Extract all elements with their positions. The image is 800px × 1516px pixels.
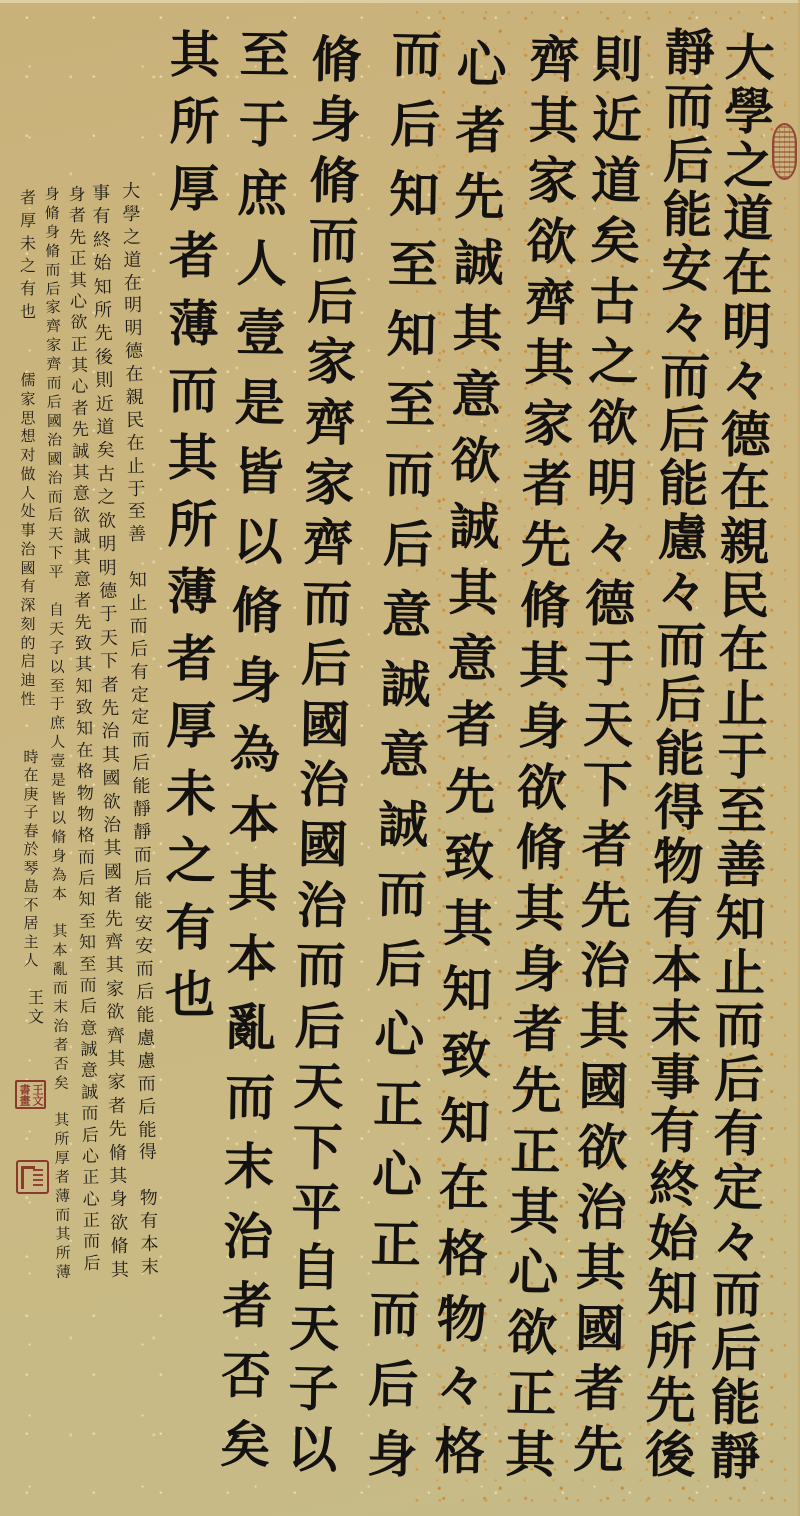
glyph: 誠	[449, 502, 500, 553]
glyph: 明	[586, 458, 637, 509]
glyph: 至	[717, 786, 768, 837]
glyph: 在	[126, 435, 144, 453]
glyph: 其	[170, 30, 220, 80]
glyph: 后	[390, 100, 441, 151]
glyph: 子	[49, 641, 64, 656]
glyph: 而	[80, 978, 97, 995]
glyph: 則	[592, 35, 643, 86]
glyph: 性	[20, 692, 35, 707]
glyph: 民	[719, 571, 770, 622]
glyph: 心	[456, 40, 507, 91]
glyph: 明	[124, 297, 142, 315]
glyph: 后	[80, 999, 97, 1016]
glyph: 本	[229, 794, 280, 845]
glyph: 者	[20, 190, 36, 206]
glyph: 定	[713, 1162, 764, 1213]
glyph: 而	[369, 1289, 420, 1340]
glyph: 于	[238, 99, 289, 150]
glyph: 有	[649, 1106, 700, 1157]
glyph: 否	[221, 1350, 272, 1401]
glyph: 所	[646, 1322, 697, 1373]
glyph: 末	[53, 1000, 68, 1015]
glyph: 近	[591, 95, 642, 146]
glyph: 后	[134, 869, 152, 887]
glyph: 之	[123, 229, 141, 247]
glyph: 道	[723, 194, 774, 245]
glyph: 厚	[169, 164, 219, 214]
glyph: 德	[721, 409, 772, 460]
glyph: 能	[662, 189, 713, 240]
glyph: 后	[663, 135, 714, 186]
glyph: 親	[126, 389, 144, 407]
glyph: 后	[48, 508, 63, 523]
glyph: 知	[94, 278, 112, 296]
glyph: 治	[53, 1019, 68, 1034]
glyph: 者	[74, 593, 91, 610]
glyph: 終	[93, 232, 111, 250]
glyph: 后	[659, 405, 710, 456]
glyph: 家	[304, 457, 355, 508]
glyph: 是	[51, 773, 66, 788]
glyph: 在	[439, 1162, 490, 1213]
glyph: 誠	[378, 799, 429, 850]
glyph: 而	[714, 1001, 765, 1052]
glyph: 于	[584, 639, 635, 690]
glyph: 者	[71, 401, 88, 418]
glyph: 者	[167, 634, 217, 684]
glyph: 后	[307, 276, 358, 327]
glyph: 有	[140, 1213, 158, 1231]
glyph: 治	[103, 817, 121, 835]
glyph: 家	[46, 300, 61, 315]
glyph: 其	[71, 358, 88, 375]
glyph: 后	[294, 1001, 345, 1052]
glyph: 其	[519, 641, 570, 692]
glyph: 道	[123, 252, 141, 270]
glyph: 知	[129, 572, 147, 590]
glyph: 脩	[45, 206, 60, 221]
glyph: 終	[648, 1160, 699, 1211]
glyph: 而	[660, 351, 711, 402]
glyph: 心	[374, 1009, 425, 1060]
glyph: 儒	[20, 373, 35, 388]
glyph: 物	[653, 836, 704, 887]
glyph: 而	[168, 366, 218, 416]
glyph: 本	[227, 933, 278, 984]
glyph: 古	[97, 466, 115, 484]
glyph: 壹	[50, 754, 65, 769]
glyph: 否	[54, 1057, 69, 1072]
glyph: 事	[92, 185, 110, 203]
glyph: 定	[131, 709, 149, 727]
glyph: 明	[124, 320, 142, 338]
glyph: 在	[722, 248, 773, 299]
glyph: 意	[447, 634, 498, 685]
glyph: 之	[166, 836, 216, 886]
glyph: 物	[77, 785, 94, 802]
glyph: 之	[723, 140, 774, 191]
glyph: 之	[97, 489, 115, 507]
glyph: 島	[23, 879, 38, 894]
glyph: 自	[49, 603, 64, 618]
glyph: 其	[75, 657, 92, 674]
glyph: 正	[370, 1219, 421, 1270]
glyph: 欲	[70, 315, 87, 332]
glyph: 格	[438, 1228, 489, 1279]
glyph: 正	[506, 1368, 557, 1419]
glyph: 是	[234, 377, 285, 428]
glyph: 庶	[50, 716, 65, 731]
glyph: 國	[578, 1062, 629, 1113]
glyph: 做	[20, 467, 35, 482]
glyph: 深	[20, 598, 35, 613]
glyph: 而	[295, 941, 346, 992]
glyph: 先	[74, 614, 91, 631]
glyph: 止	[718, 678, 769, 729]
glyph: 事	[20, 523, 35, 538]
glyph: 而	[225, 1072, 276, 1123]
glyph: 靜	[133, 824, 151, 842]
glyph: 后	[82, 1127, 99, 1144]
glyph: 而	[46, 376, 61, 391]
glyph: 有	[20, 281, 36, 297]
glyph	[54, 1094, 69, 1109]
glyph: 定	[131, 686, 149, 704]
glyph: 其	[107, 1051, 125, 1069]
glyph: 欲	[587, 397, 638, 448]
glyph: 欲	[73, 507, 90, 524]
glyph: 下	[48, 546, 63, 561]
commentary-column: 儒家思想对做人处事治國有深刻的启迪性	[17, 373, 39, 707]
glyph: 治	[101, 723, 119, 741]
glyph: 至	[79, 914, 96, 931]
glyph: 治	[576, 1183, 627, 1234]
glyph: 迪	[20, 673, 35, 688]
glyph: 有	[652, 890, 703, 941]
glyph: 道	[591, 155, 642, 206]
glyph: 先	[521, 520, 572, 571]
glyph: 者	[574, 1364, 625, 1415]
glyph: 致	[75, 636, 92, 653]
glyph: 靜	[710, 1431, 761, 1482]
glyph: 々	[657, 567, 708, 618]
glyph: 厚	[20, 213, 36, 229]
glyph: 意	[80, 1020, 97, 1037]
glyph: 家	[527, 156, 578, 207]
glyph: 于	[717, 732, 768, 783]
glyph: 安	[661, 243, 712, 294]
glyph: 人	[50, 735, 65, 750]
glyph: 在	[125, 366, 143, 384]
glyph: 于	[50, 697, 65, 712]
glyph: 在	[124, 274, 142, 292]
glyph: 启	[20, 654, 35, 669]
calligraphy-scroll: 大學之道在明々德在親民在止于至善知止而后有定々而后能靜 靜而后能安々而后能慮々而…	[0, 0, 800, 1516]
glyph: 得	[654, 782, 705, 833]
glyph: 始	[93, 255, 111, 273]
glyph: 古	[589, 276, 640, 327]
glyph: 脩	[520, 580, 571, 631]
glyph: 者	[69, 208, 86, 225]
glyph: 德	[125, 343, 143, 361]
glyph: 而	[376, 869, 427, 920]
glyph: 身	[69, 187, 86, 204]
glyph: 而	[132, 732, 150, 750]
glyph: 至	[239, 30, 290, 81]
glyph: 誠	[380, 659, 431, 710]
glyph: 本	[140, 1236, 158, 1254]
glyph: 其	[168, 433, 218, 483]
glyph: 脩	[110, 1238, 128, 1256]
glyph: 先	[445, 766, 496, 817]
oval-leisure-seal-icon	[772, 123, 797, 180]
glyph: 靜	[133, 801, 151, 819]
glyph: 末	[651, 998, 702, 1049]
glyph: 天	[583, 699, 634, 750]
glyph: 家	[523, 398, 574, 449]
glyph: 欲	[103, 793, 121, 811]
glyph: 下	[292, 1122, 343, 1173]
glyph: 也	[165, 970, 215, 1020]
glyph: 家	[106, 981, 124, 999]
glyph: 近	[96, 395, 114, 413]
glyph: 其	[54, 1113, 69, 1128]
glyph: 道	[96, 419, 114, 437]
glyph: 先	[101, 700, 119, 718]
glyph: 身	[310, 95, 361, 146]
glyph: 致	[76, 700, 93, 717]
glyph: 皆	[51, 792, 66, 807]
glyph: 心	[82, 1149, 99, 1166]
glyph: 后	[136, 984, 154, 1002]
glyph: 齊	[46, 319, 61, 334]
glyph: 至	[385, 380, 436, 431]
glyph: 明	[722, 302, 773, 353]
glyph: 止	[715, 947, 766, 998]
glyph: 家	[108, 1074, 126, 1092]
glyph: 先	[645, 1376, 696, 1427]
glyph: 始	[648, 1214, 699, 1265]
glyph: 能	[658, 459, 709, 510]
dated-inscription: 時在庚子春於琴島不居主人	[20, 750, 42, 968]
glyph: 能	[710, 1378, 761, 1429]
glyph: 者	[222, 1281, 273, 1332]
glyph: 正	[83, 1213, 100, 1230]
glyph: 有	[20, 579, 35, 594]
glyph: 而	[83, 1234, 100, 1251]
glyph: 國	[575, 1303, 626, 1354]
glyph: 后	[655, 675, 706, 726]
glyph: 於	[23, 842, 38, 857]
glyph: 有	[713, 1109, 764, 1160]
glyph: 以	[287, 1424, 338, 1475]
glyph: 下	[100, 653, 118, 671]
glyph: 薄	[168, 298, 218, 348]
glyph: 欲	[507, 1308, 558, 1359]
glyph: 者	[446, 700, 497, 751]
glyph: 止	[127, 457, 145, 475]
glyph: 治	[580, 941, 631, 992]
glyph: 矣	[96, 442, 114, 460]
glyph: 先	[72, 422, 89, 439]
glyph: 欲	[526, 216, 577, 267]
glyph: 所	[94, 302, 112, 320]
glyph: 欲	[106, 1004, 124, 1022]
glyph: 天	[100, 629, 118, 647]
cursive-column-9: 其所厚者薄而其所薄者厚未之有也	[158, 30, 227, 1020]
glyph: 德	[585, 578, 636, 629]
glyph: 处	[20, 504, 35, 519]
glyph: 王	[28, 990, 44, 1006]
glyph: 脩	[51, 830, 66, 845]
glyph: 々	[435, 1360, 486, 1411]
glyph: 者	[522, 459, 573, 510]
glyph: 所	[167, 500, 217, 550]
glyph: 者	[455, 106, 506, 157]
glyph: 于	[127, 480, 145, 498]
glyph: 慮	[137, 1030, 155, 1048]
glyph: 國	[47, 414, 62, 429]
glyph: 有	[165, 903, 215, 953]
glyph: 后	[301, 639, 352, 690]
glyph: 本	[52, 886, 67, 901]
glyph: 身	[367, 1429, 418, 1480]
glyph: 以	[49, 660, 64, 675]
glyph: 也	[20, 304, 36, 320]
glyph: 脩	[109, 1144, 127, 1162]
glyph: 而	[53, 981, 68, 996]
glyph: 后	[138, 1098, 156, 1116]
glyph: 文	[28, 1009, 44, 1025]
glyph: 于	[99, 606, 117, 624]
glyph: 自	[290, 1243, 341, 1294]
glyph: 知	[442, 964, 493, 1015]
glyph: 欲	[110, 1215, 128, 1233]
glyph: 天	[289, 1303, 340, 1354]
glyph: 意	[381, 589, 432, 640]
glyph: 心	[70, 294, 87, 311]
transcription-column-5: 者厚未之有也	[17, 190, 39, 320]
glyph: 々	[661, 297, 712, 348]
glyph: 脩	[45, 244, 60, 259]
glyph: 物	[140, 1190, 158, 1208]
glyph: 而	[302, 578, 353, 629]
glyph: 庶	[237, 169, 288, 220]
glyph: 至	[128, 503, 146, 521]
glyph: 其	[109, 1168, 127, 1186]
glyph: 齊	[529, 35, 580, 86]
glyph: 春	[23, 824, 38, 839]
glyph: 誠	[453, 238, 504, 289]
glyph: 后	[368, 1359, 419, 1410]
glyph: 脩	[311, 35, 362, 86]
glyph: 能	[134, 892, 152, 910]
glyph: 未	[20, 236, 36, 252]
glyph: 者	[53, 1038, 68, 1053]
glyph: 之	[20, 258, 36, 274]
glyph: 者	[104, 887, 122, 905]
glyph	[52, 905, 67, 920]
glyph: 在	[720, 463, 771, 514]
glyph: 心	[71, 379, 88, 396]
glyph: 思	[20, 411, 35, 426]
glyph: 欲	[516, 762, 567, 813]
glyph: 安	[135, 938, 153, 956]
glyph: 心	[83, 1191, 100, 1208]
glyph: 未	[166, 768, 216, 818]
glyph: 而	[134, 847, 152, 865]
glyph: 國	[104, 864, 122, 882]
glyph: 物	[77, 807, 94, 824]
glyph: 在	[718, 624, 769, 675]
glyph: 其	[524, 338, 575, 389]
glyph: 而	[712, 1270, 763, 1321]
glyph: 先	[454, 172, 505, 223]
glyph: 以	[233, 516, 284, 567]
glyph: 々	[712, 1216, 763, 1267]
glyph: 其	[70, 272, 87, 289]
glyph: 物	[437, 1294, 488, 1345]
glyph: 心	[508, 1247, 559, 1298]
glyph: 誠	[73, 529, 90, 546]
glyph: 國	[102, 770, 120, 788]
glyph: 齊	[107, 1027, 125, 1045]
glyph: 格	[77, 828, 94, 845]
glyph: 明	[98, 536, 116, 554]
glyph: 而	[656, 621, 707, 672]
glyph: 時	[23, 750, 38, 765]
glyph: 其	[448, 568, 499, 619]
glyph: 后	[383, 519, 434, 570]
glyph: 脩	[515, 823, 566, 874]
glyph	[139, 1167, 157, 1185]
glyph: 其	[579, 1001, 630, 1052]
glyph: 先	[69, 230, 86, 247]
glyph: 知	[75, 678, 92, 695]
glyph: 治	[296, 880, 347, 931]
glyph: 而	[55, 1208, 70, 1223]
glyph: 格	[434, 1426, 485, 1477]
glyph: 治	[47, 433, 62, 448]
glyph: 止	[129, 595, 147, 613]
glyph: 而	[136, 961, 154, 979]
glyph: 先	[94, 325, 112, 343]
glyph: 其	[528, 95, 579, 146]
glyph: 意	[81, 1063, 98, 1080]
glyph: 至	[387, 240, 438, 291]
glyph: 善	[128, 526, 146, 544]
glyph: 其	[102, 747, 120, 765]
glyph: 事	[650, 1052, 701, 1103]
glyph: 欲	[577, 1122, 628, 1173]
glyph: 學	[122, 206, 140, 224]
glyph: 而	[45, 263, 60, 278]
glyph: 誠	[72, 443, 89, 460]
glyph: 國	[47, 452, 62, 467]
glyph: 欲	[450, 436, 501, 487]
glyph: 者	[55, 1170, 70, 1185]
glyph: 者	[169, 231, 219, 281]
glyph: 庚	[23, 787, 38, 802]
glyph: 正	[373, 1079, 424, 1130]
glyph: 后	[375, 939, 426, 990]
glyph: 學	[724, 87, 775, 138]
glyph: 而	[138, 1075, 156, 1093]
glyph: 々	[721, 356, 772, 407]
glyph: 平	[291, 1182, 342, 1233]
glyph: 有	[92, 208, 110, 226]
glyph: 德	[99, 583, 117, 601]
